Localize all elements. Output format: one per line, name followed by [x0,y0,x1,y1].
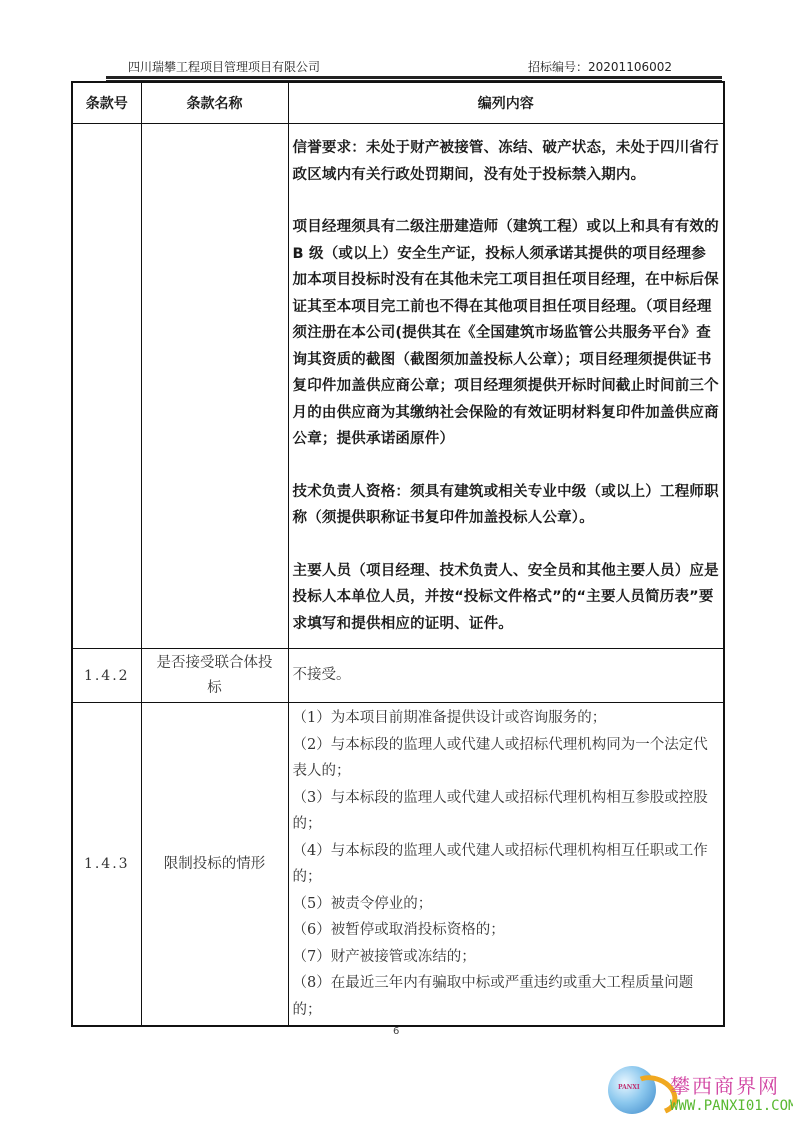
clause-content: 信誉要求：未处于财产被接管、冻结、破产状态，未处于四川省行政区域内有关行政处罚期… [288,124,724,649]
restriction-item: （2）与本标段的监理人或代建人或招标代理机构同为一个法定代表人的； [293,732,720,785]
clause-content: （1）为本项目前期准备提供设计或咨询服务的； （2）与本标段的监理人或代建人或招… [288,703,724,1027]
restriction-item: （6）被暂停或取消投标资格的； [293,917,720,944]
column-header-content: 编列内容 [288,82,724,124]
restriction-item: （4）与本标段的监理人或代建人或招标代理机构相互任职或工作的； [293,838,720,891]
restriction-item: （5）被责令停业的； [293,891,720,918]
table-row: 1.4.3 限制投标的情形 （1）为本项目前期准备提供设计或咨询服务的； （2）… [72,703,724,1027]
restriction-item: （3）与本标段的监理人或代建人或招标代理机构相互参股或控股的； [293,785,720,838]
globe-label: PANXI [618,1084,640,1091]
reputation-requirement: 信誉要求：未处于财产被接管、冻结、破产状态，未处于四川省行政区域内有关行政处罚期… [293,135,720,188]
key-personnel-requirement: 主要人员（项目经理、技术负责人、安全员和其他主要人员）应是投标人本单位人员，并按… [293,558,720,638]
clause-content: 不接受。 [288,649,724,703]
watermark: PANXI 攀西商界网 WWW.PANXI01.COM [600,1062,793,1122]
clause-name [141,124,288,649]
tender-number-label: 招标编号： [528,60,588,74]
table-row: 信誉要求：未处于财产被接管、冻结、破产状态，未处于四川省行政区域内有关行政处罚期… [72,124,724,649]
clause-number: 1.4.2 [72,649,141,703]
project-manager-requirement: 项目经理须具有二级注册建造师（建筑工程）或以上和具有有效的 B 级（或以上）安全… [293,214,720,453]
table-row: 1.4.2 是否接受联合体投标 不接受。 [72,649,724,703]
watermark-site-name: 攀西商界网 [670,1070,780,1099]
restriction-item: （7）财产被接管或冻结的； [293,944,720,971]
technical-lead-requirement: 技术负责人资格：须具有建筑或相关专业中级（或以上）工程师职称（须提供职称证书复印… [293,479,720,532]
page-number: 6 [393,1026,399,1037]
clause-number [72,124,141,649]
clause-name: 是否接受联合体投标 [141,649,288,703]
restriction-item: （1）为本项目前期准备提供设计或咨询服务的； [293,705,720,732]
tender-number: 招标编号：20201106002 [528,58,672,75]
clause-table: 条款号 条款名称 编列内容 信誉要求：未处于财产被接管、冻结、破产状态，未处于四… [71,81,725,1027]
column-header-name: 条款名称 [141,82,288,124]
table-header-row: 条款号 条款名称 编列内容 [72,82,724,124]
clause-number: 1.4.3 [72,703,141,1027]
company-name: 四川瑞攀工程项目管理项目有限公司 [128,58,320,75]
column-header-number: 条款号 [72,82,141,124]
restriction-item: （8）在最近三年内有骗取中标或严重违约或重大工程质量问题的； [293,970,720,1023]
watermark-url: WWW.PANXI01.COM [670,1098,793,1114]
clause-name: 限制投标的情形 [141,703,288,1027]
tender-number-value: 20201106002 [588,60,672,74]
